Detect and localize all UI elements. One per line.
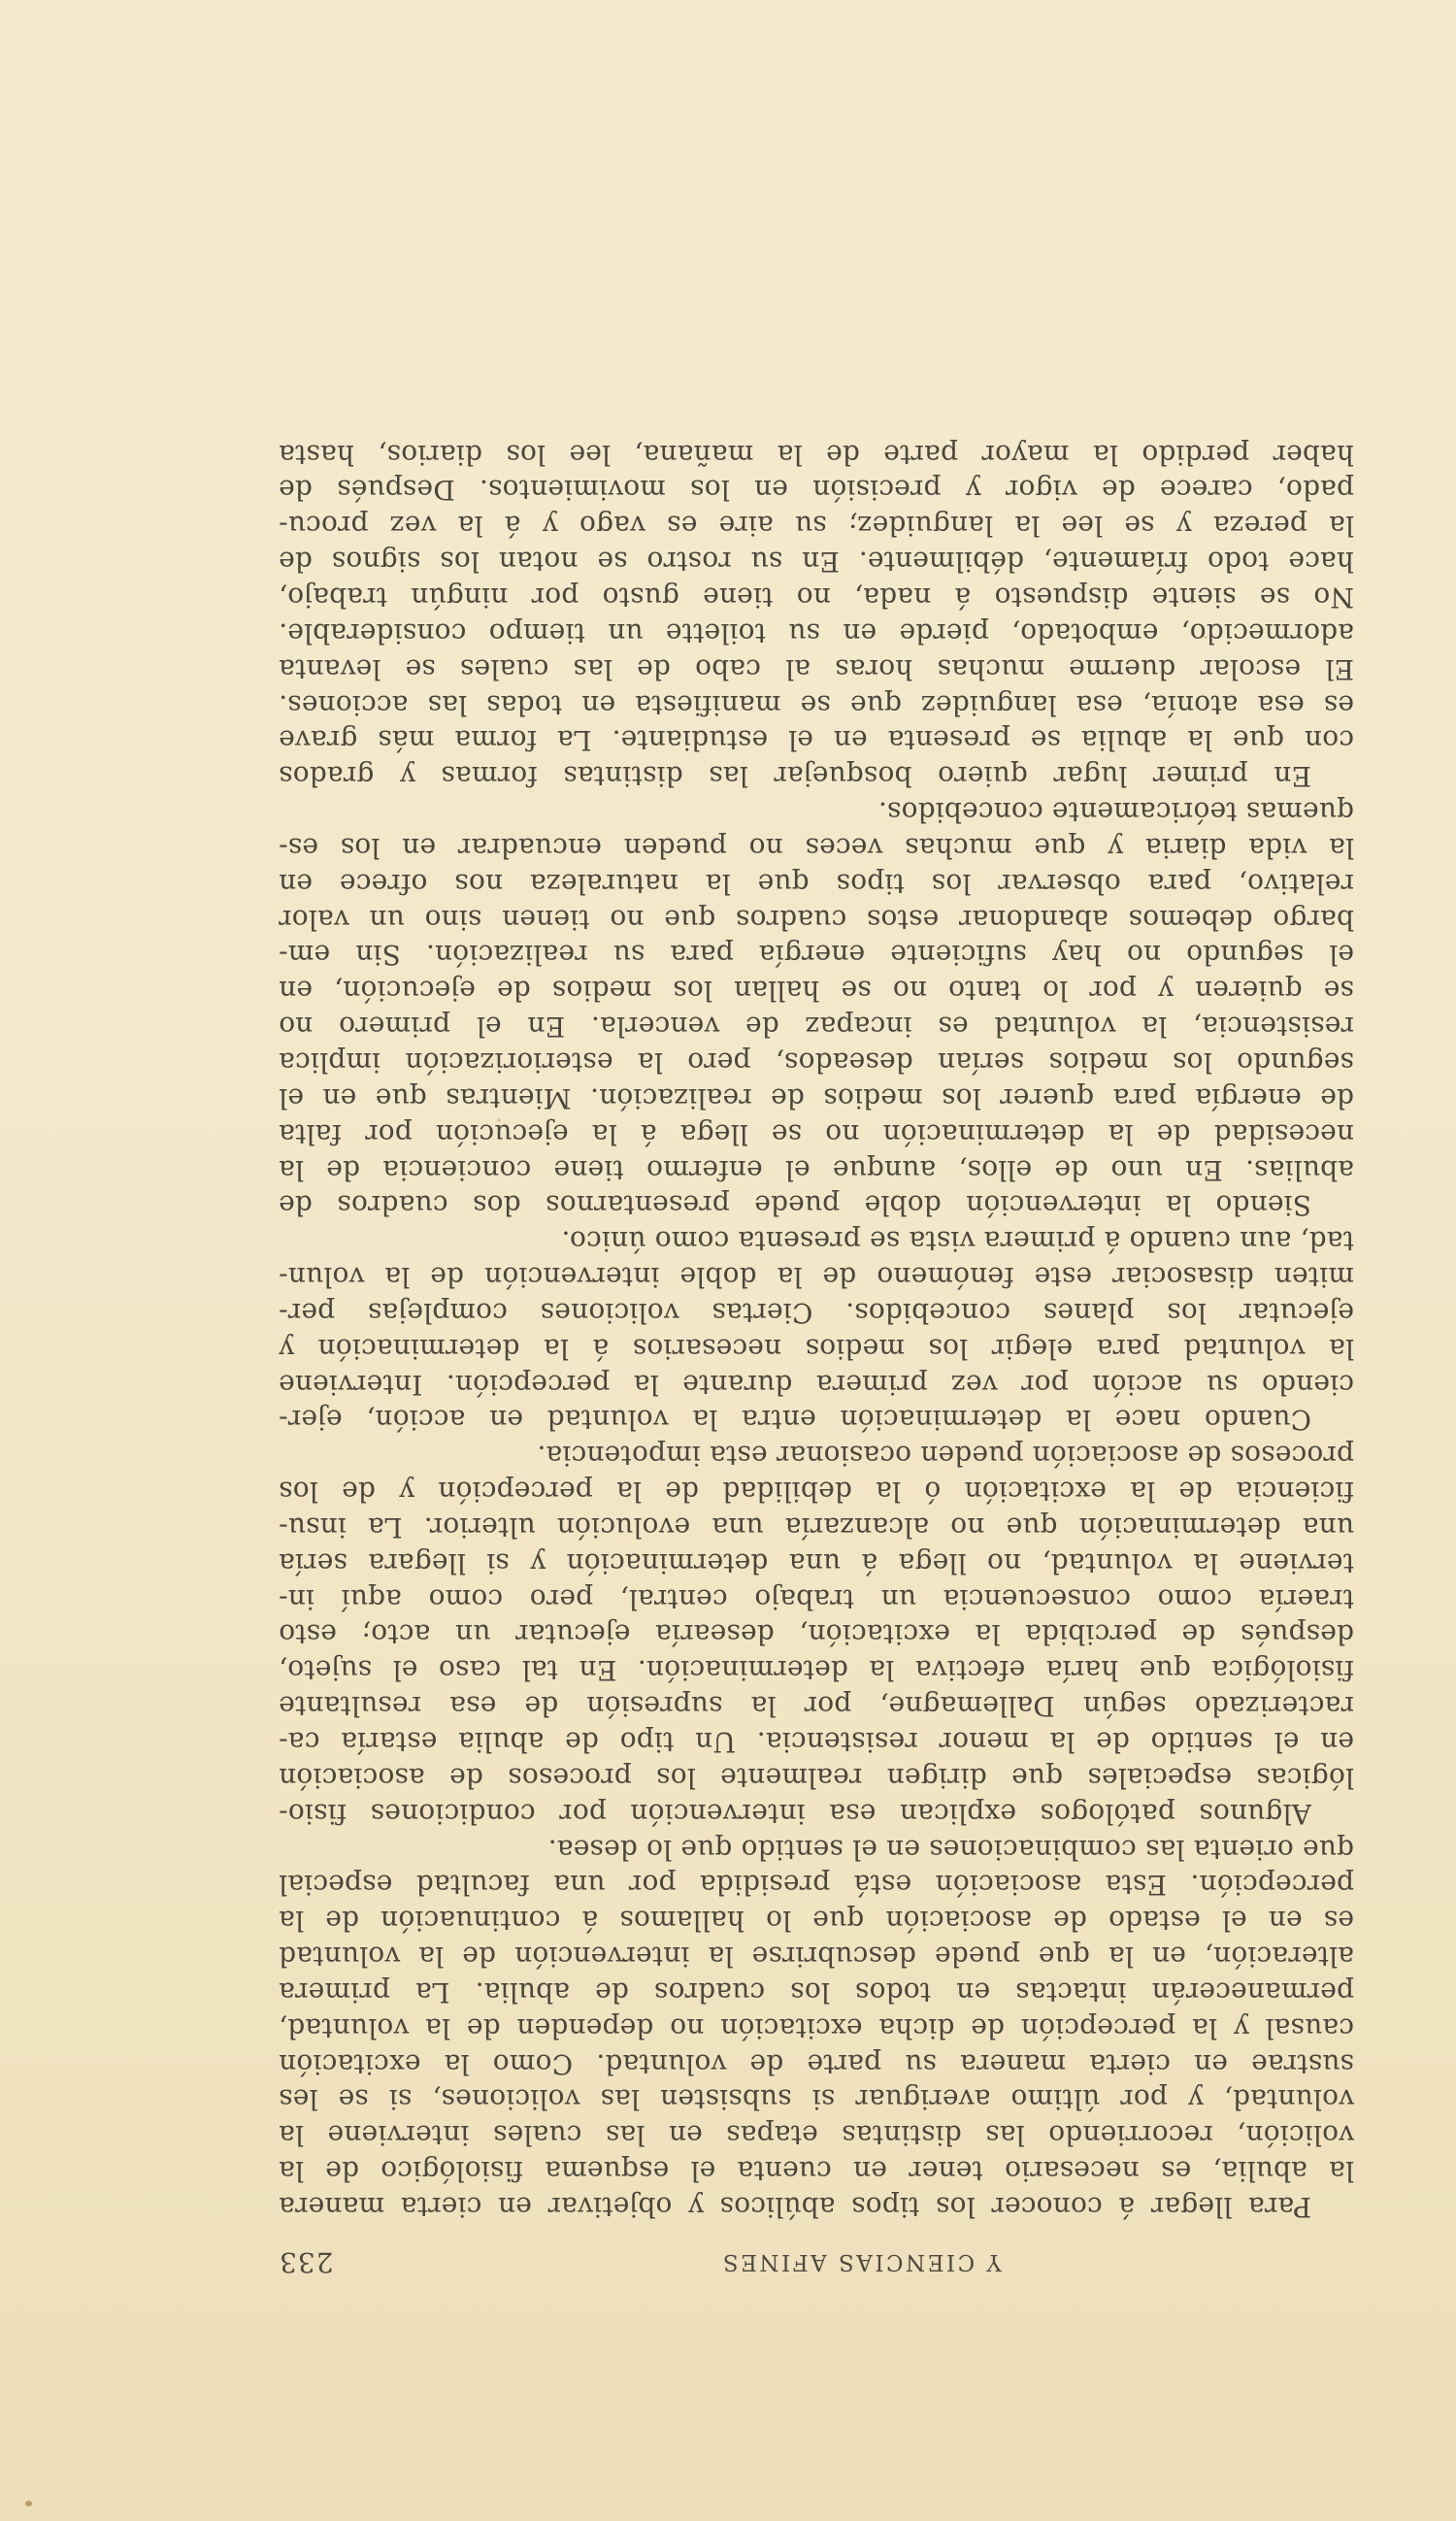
text-line: la voluntad para elegir los medios neces…: [279, 1330, 1354, 1366]
text-line: sustrae en cierta manera su parte de vol…: [279, 2045, 1354, 2081]
text-line: relativo, para observar los tipos que la…: [279, 865, 1354, 901]
page-content-upside-down: Y CIENCIAS AFINES 233 Para llegar á cono…: [0, 0, 1456, 2521]
text-line: la abulia, es necesario tener en cuenta …: [279, 2152, 1354, 2188]
text-line: voluntad, y por último averiguar si subs…: [279, 2081, 1354, 2117]
text-line: ficiencia de la excitación ó la debilida…: [279, 1473, 1354, 1509]
text-line: lógicas especiales que dirigen realmente…: [279, 1759, 1354, 1795]
text-line: pado, carece de vigor y precisión en los…: [279, 472, 1354, 508]
text-line: racterizado según Dallemagne, por la sup…: [279, 1687, 1354, 1723]
text-line: El escolar duerme muchas horas al cabo d…: [279, 650, 1354, 686]
text-line: tad, aun cuando á primera vista se prese…: [279, 1222, 1354, 1258]
text-line: volición, recorriendo las distintas etap…: [279, 2116, 1354, 2152]
text-line: es en el estado de asociación que lo hal…: [279, 1902, 1354, 1938]
text-line: alteración, en la que puede descubrirse …: [279, 1938, 1354, 1974]
text-line: la vida diaria y que muchas veces no pue…: [279, 829, 1354, 865]
paragraph: En primer lugar quiero bosquejar las dis…: [279, 436, 1354, 793]
paragraph: Cuando nace la determinación entra la vo…: [279, 1222, 1354, 1437]
text-line: de energía para querer los medios de rea…: [279, 1079, 1354, 1115]
text-line: adormecido, embotado, pierde en su toile…: [279, 614, 1354, 650]
text-line: que orienta las combinaciones en el sent…: [279, 1831, 1354, 1867]
paragraph: Para llegar á conocer los tipos abúlicos…: [279, 1831, 1354, 2224]
paragraph: Siendo la intervención doble puede prese…: [279, 793, 1354, 1222]
text-line: necesidad de la determinación no se lleg…: [279, 1115, 1354, 1151]
text-line: haber perdido la mayor parte de la mañan…: [279, 436, 1354, 472]
text-line: Cuando nace la determinación entra la vo…: [279, 1402, 1354, 1438]
text-line: ejecutar los planes concebidos. Ciertas …: [279, 1294, 1354, 1330]
text-line: No se siente dispuesto á nada, no tiene …: [279, 579, 1354, 614]
paragraph: Algunos patólogos explican esa intervenc…: [279, 1437, 1354, 1830]
text-line: en el sentido de la menor resistencia. U…: [279, 1723, 1354, 1759]
text-line: miten disasociar este fenómeno de la dob…: [279, 1258, 1354, 1294]
page-number: 233: [279, 2246, 333, 2278]
text-line: terviene la voluntad, no llega á una det…: [279, 1544, 1354, 1580]
text-line: causal y la percepción de dicha excitaci…: [279, 2009, 1354, 2045]
text-line: En primer lugar quiero bosquejar las dis…: [279, 757, 1354, 793]
text-line: ciendo su acción por vez primera durante…: [279, 1366, 1354, 1402]
text-line: Algunos patólogos explican esa intervenc…: [279, 1795, 1354, 1831]
text-line: se quieren y por lo tanto no se hallan l…: [279, 972, 1354, 1008]
text-line: abulias. En uno de ellos, aunque el enfe…: [279, 1151, 1354, 1187]
text-line: Para llegar á conocer los tipos abúlicos…: [279, 2188, 1354, 2224]
text-line: traería como consecuencia un trabajo cen…: [279, 1580, 1354, 1616]
text-line: percepción. Esta asociación está presidi…: [279, 1867, 1354, 1903]
running-head: Y CIENCIAS AFINES 233: [279, 2238, 1354, 2278]
text-line: después de percibida la excitación, dese…: [279, 1616, 1354, 1652]
text-line: procesos de asociación pueden ocasionar …: [279, 1437, 1354, 1473]
text-line: resistencia, la voluntad es incapaz de v…: [279, 1008, 1354, 1044]
text-line: una determinación que no alcanzaría una …: [279, 1509, 1354, 1544]
text-line: con que la abulia se presenta en el estu…: [279, 722, 1354, 758]
text-line: Siendo la intervención doble puede prese…: [279, 1187, 1354, 1223]
body-text-block: Para llegar á conocer los tipos abúlicos…: [279, 436, 1354, 2224]
text-line: es esa atonía, esa languidez que se mani…: [279, 686, 1354, 722]
text-line: hace todo fríamente, débilmente. En su r…: [279, 543, 1354, 579]
text-line: la pereza y se lee la languidez; su aire…: [279, 508, 1354, 544]
text-line: quemas teóricamente concebidos.: [279, 793, 1354, 829]
text-line: fisiológica que haría efectiva la determ…: [279, 1652, 1354, 1688]
text-line: permanecerán intactas en todos los cuadr…: [279, 1974, 1354, 2009]
text-line: segundo los medios serían deseados, pero…: [279, 1044, 1354, 1079]
running-head-title: Y CIENCIAS AFINES: [720, 2249, 1001, 2274]
text-line: bargo debemos abandonar estos cuadros qu…: [279, 901, 1354, 937]
text-line: el segundo no hay suficiente energía par…: [279, 937, 1354, 973]
scanned-book-page: Y CIENCIAS AFINES 233 Para llegar á cono…: [0, 0, 1456, 2521]
